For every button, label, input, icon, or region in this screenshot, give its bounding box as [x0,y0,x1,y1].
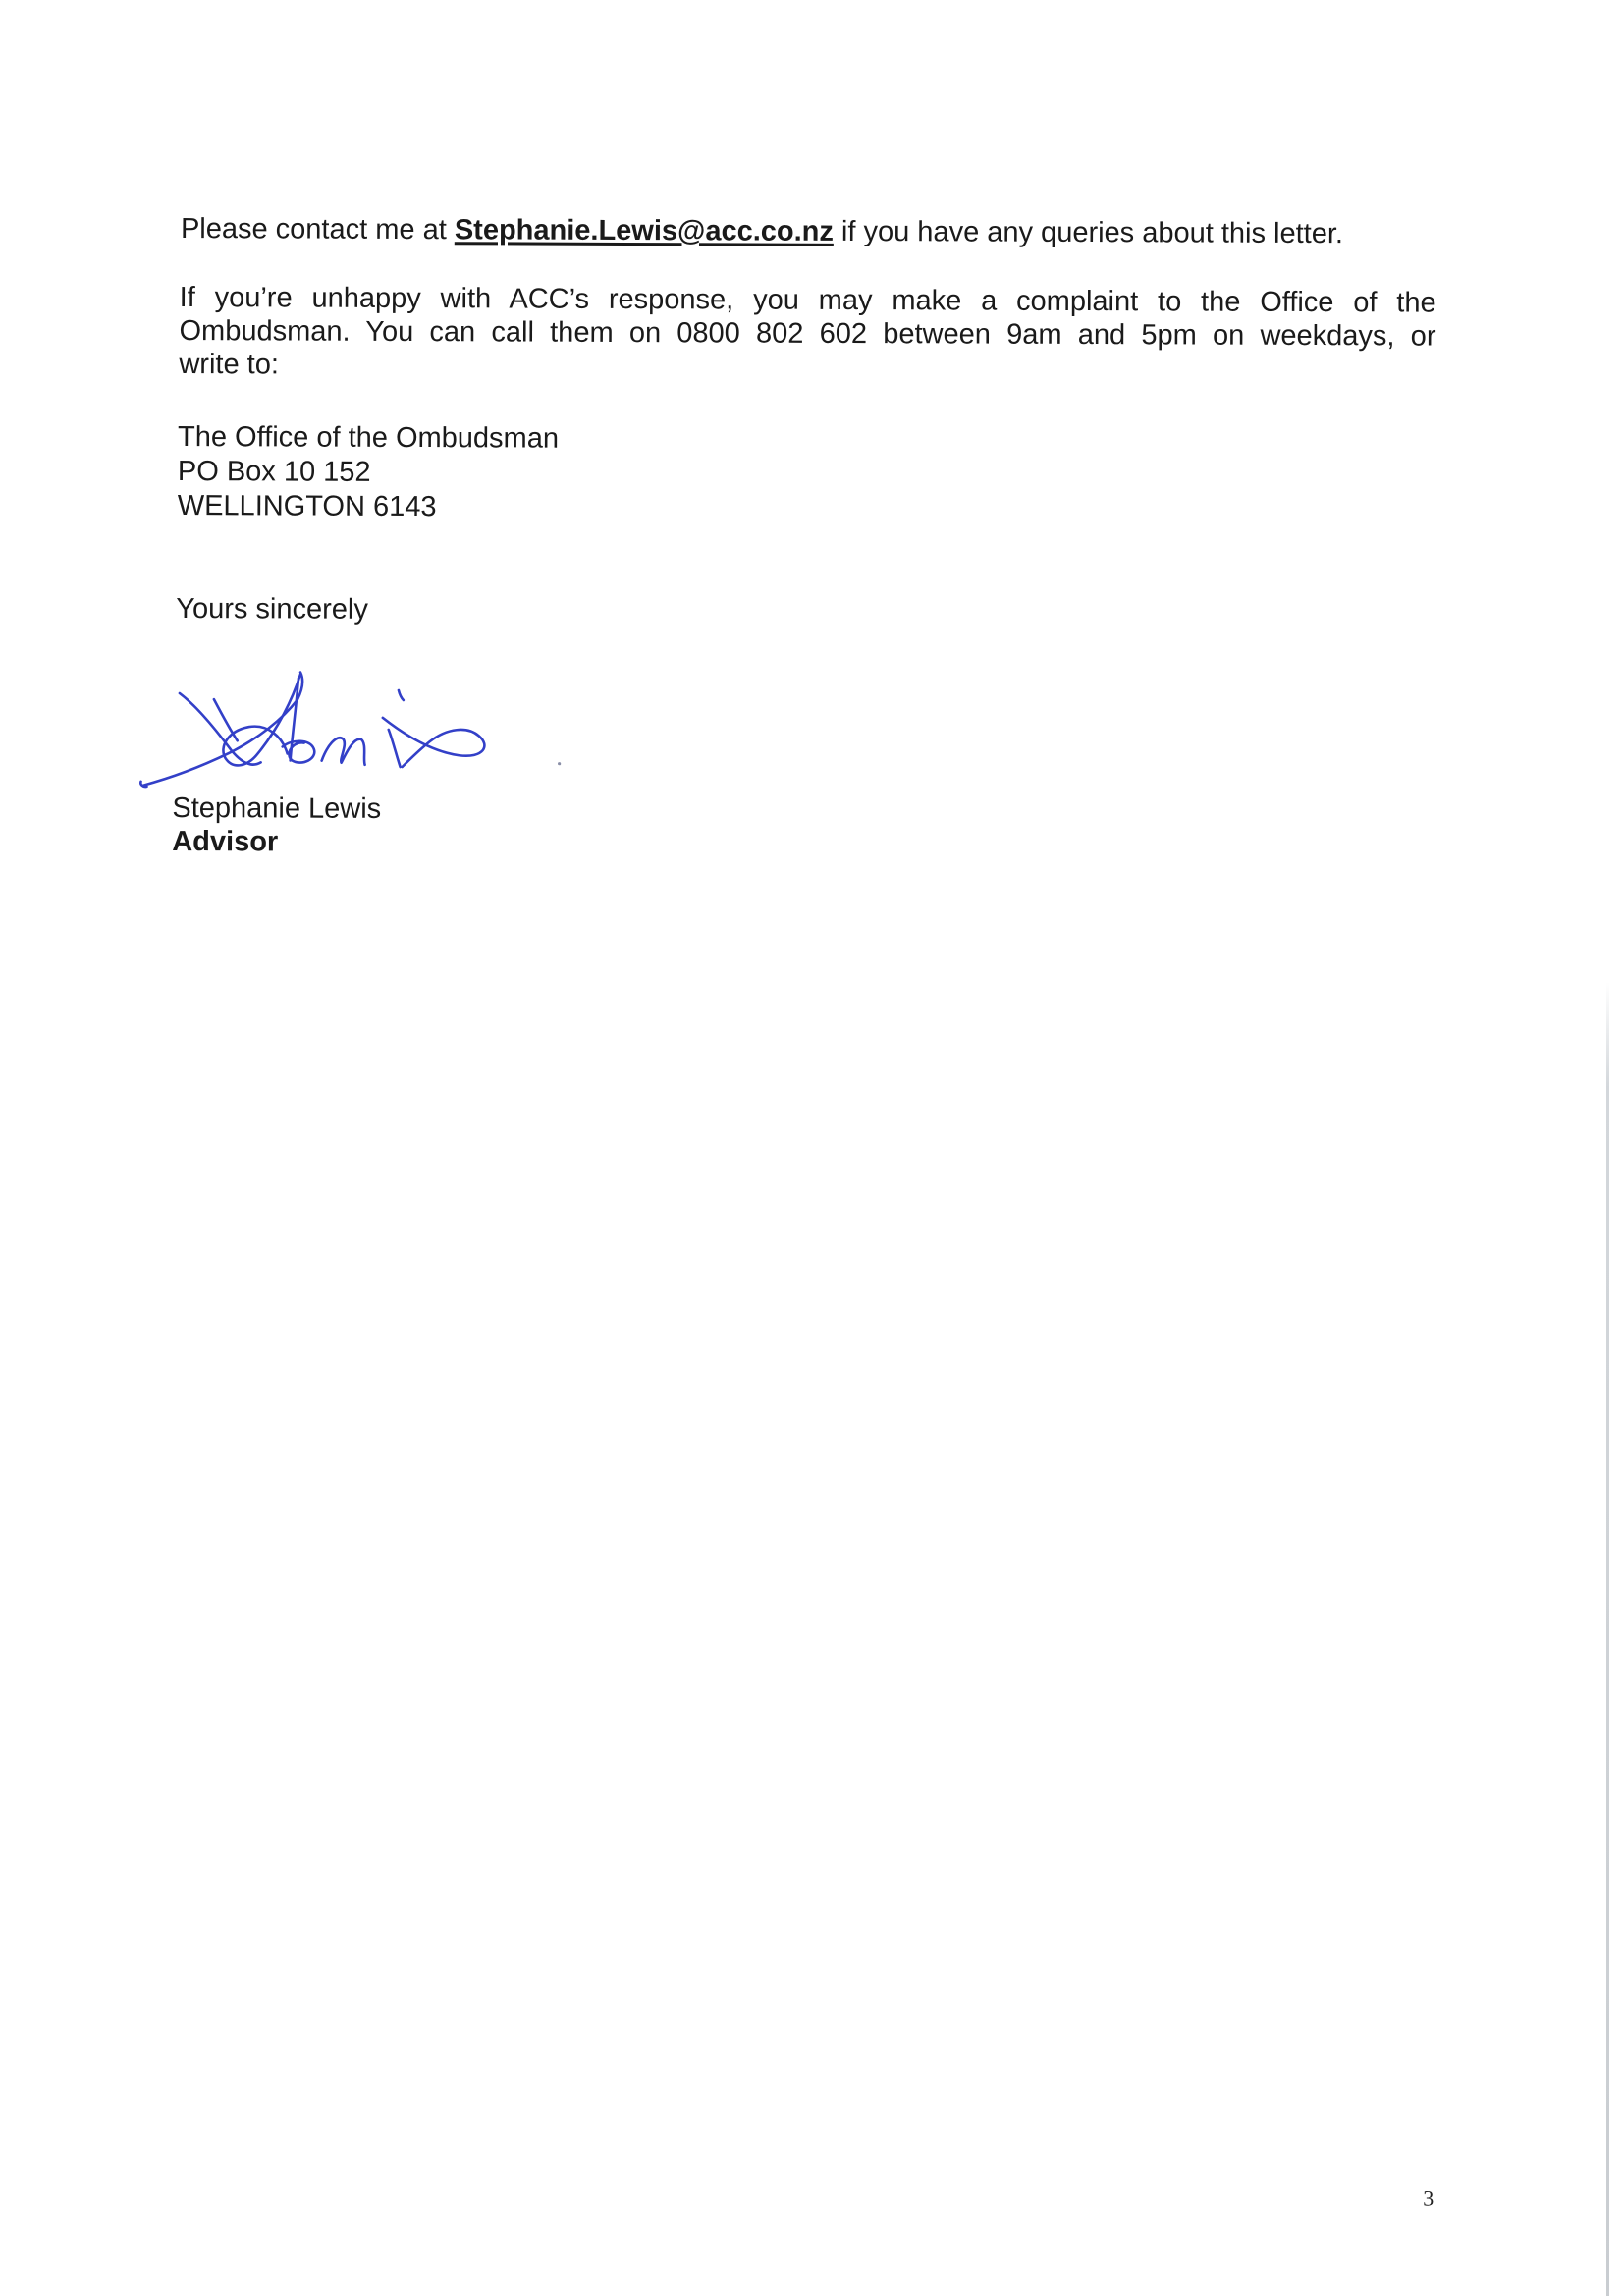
complaint-paragraph: If you’re unhappy with ACC’s response, y… [179,281,1435,387]
complaint-line: write to: [179,348,1435,387]
email-link[interactable]: Stephanie.Lewis@acc.co.nz [455,214,834,247]
contact-prefix: Please contact me at [181,213,455,246]
signer-name: Stephanie Lewis [172,792,381,826]
ombudsman-address: The Office of the Ombudsman PO Box 10 15… [178,420,559,525]
complaint-line: If you’re unhappy with ACC’s response, y… [180,281,1436,320]
complaint-line: Ombudsman. You can call them on 0800 802… [179,314,1435,354]
signer-title: Advisor [172,825,278,858]
scan-edge-line [1606,982,1609,2296]
address-line: The Office of the Ombudsman [178,420,559,457]
page-number: 3 [1423,2186,1434,2212]
address-line: PO Box 10 152 [178,455,559,491]
closing-salutation: Yours sincerely [176,592,368,627]
contact-suffix: if you have any queries about this lette… [834,216,1343,249]
handwritten-signature [135,660,587,809]
address-line: WELLINGTON 6143 [178,489,559,525]
letter-page: Please contact me at Stephanie.Lewis@acc… [0,0,1623,2296]
contact-paragraph: Please contact me at Stephanie.Lewis@acc… [181,212,1343,250]
